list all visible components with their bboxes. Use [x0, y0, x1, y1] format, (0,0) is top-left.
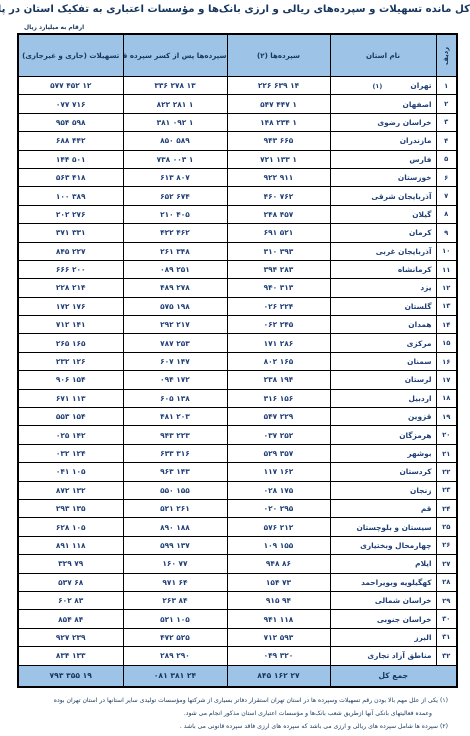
deposits-net-cell: ۱۳ ۲۷۸ ۳۳۶	[123, 77, 227, 95]
table-row: ۹ کرمان ۵۲۱ ۶۹۱ ۴۶۲ ۴۲۲ ۳۳۱ ۳۷۱	[18, 224, 457, 242]
facilities-cell: ۳۳۱ ۳۷۱	[18, 224, 123, 242]
deposits-net-cell: ۲۱۷ ۲۹۲	[123, 316, 227, 334]
deposits-cell: ۳۱۳ ۹۴۰	[227, 279, 330, 297]
deposits-net-cell: ۱۴۳ ۹۶۳	[123, 463, 227, 481]
facilities-cell: ۱۱۸ ۸۹۱	[18, 536, 123, 554]
report-page: کل مانده تسهیلات و سپرده‌های ریالی و ارز…	[0, 0, 470, 736]
province-name: کرمانشاه	[398, 265, 432, 274]
province-cell: فارس	[330, 150, 436, 168]
deposits-cell: ۱۵۵ ۱۰۹	[227, 536, 330, 554]
province-cell: خوزستان	[330, 168, 436, 186]
deposits-net-cell: ۱۵۵ ۵۵۰	[123, 481, 227, 499]
province-name: کهگیلویه وبویراحمد	[361, 578, 431, 587]
province-cell: کهگیلویه وبویراحمد	[330, 573, 436, 591]
table-row: ۲۴ قم ۲۹۵ ۰۲۰ ۲۶۱ ۵۲۱ ۱۳۵ ۲۹۳	[18, 499, 457, 517]
province-cell: هرمزگان	[330, 426, 436, 444]
province-name: خراسان جنوبی	[377, 615, 432, 624]
facilities-cell: ۱۰۵ ۶۲۸	[18, 518, 123, 536]
deposits-net-cell: ۲۵۳ ۷۸۷	[123, 334, 227, 352]
province-cell: البرز	[330, 628, 436, 646]
row-number-cell: ۲۸	[436, 573, 457, 591]
total-row: جمع کل ۲۷ ۱۶۲ ۸۴۵ ۲۴ ۳۸۱ ۰۸۱ ۱۹ ۳۵۵ ۷۹۳	[18, 665, 457, 687]
table-row: ۴ مازندران ۶۶۵ ۹۴۳ ۵۸۹ ۸۵۰ ۴۴۲ ۶۸۸	[18, 132, 457, 150]
province-name: فارس	[409, 155, 431, 164]
province-cell: زنجان	[330, 481, 436, 499]
province-name: کردستان	[399, 467, 431, 476]
province-name: لرستان	[405, 375, 432, 384]
province-name: یزد	[420, 283, 431, 292]
row-number-cell: ۲۷	[436, 555, 457, 573]
deposits-net-cell: ۴۶۲ ۴۲۲	[123, 224, 227, 242]
province-cell: خراسان جنوبی	[330, 610, 436, 628]
province-name: سمنان	[407, 357, 431, 366]
province-cell: ایلام	[330, 555, 436, 573]
table-row: ۱۴ همدان ۲۴۵ ۰۶۲ ۲۱۷ ۲۹۲ ۱۴۱ ۷۱۲	[18, 316, 457, 334]
table-row: ۱ تهران (۱) ۱۴ ۶۳۹ ۲۲۶ ۱۳ ۲۷۸ ۳۳۶ ۱۲ ۴۵۲…	[18, 77, 457, 95]
table-row: ۱۶ سمنان ۱۶۵ ۸۰۲ ۱۴۷ ۶۰۷ ۱۲۶ ۲۳۲	[18, 352, 457, 370]
deposits-cell: ۲۸۳ ۳۹۴	[227, 260, 330, 278]
deposits-cell: ۱ ۱۳۳ ۷۲۱	[227, 150, 330, 168]
province-name: قزوین	[408, 412, 431, 421]
facilities-cell: ۱۳۵ ۲۹۳	[18, 499, 123, 517]
province-name: خوزستان	[398, 173, 432, 182]
deposits-cell: ۸۶ ۹۴۸	[227, 555, 330, 573]
row-number-cell: ۳۱	[436, 628, 457, 646]
province-name: البرز	[414, 633, 431, 642]
table-row: ۱۸ اردبیل ۱۵۶ ۳۱۶ ۱۳۸ ۶۰۵ ۱۱۳ ۶۷۱	[18, 389, 457, 407]
province-cell: مرکزی	[330, 334, 436, 352]
row-number-cell: ۲۹	[436, 591, 457, 609]
table-body: ۱ تهران (۱) ۱۴ ۶۳۹ ۲۲۶ ۱۳ ۲۷۸ ۳۳۶ ۱۲ ۴۵۲…	[18, 77, 457, 666]
row-number-cell: ۳۰	[436, 610, 457, 628]
facilities-cell: ۴۴۲ ۶۸۸	[18, 132, 123, 150]
deposits-net-cell: ۵۲۵ ۴۷۲	[123, 628, 227, 646]
footnotes: (۱) یکی از علل مهم بالا بودن رقم تسهیلات…	[26, 694, 448, 733]
province-name: ایلام	[415, 559, 431, 568]
total-deposits-net-cell: ۲۴ ۳۸۱ ۰۸۱	[123, 665, 227, 687]
province-cell: خراسان شمالی	[330, 591, 436, 609]
table-row: ۲۲ کردستان ۱۶۲ ۱۱۷ ۱۴۳ ۹۶۳ ۱۰۵ ۰۴۱	[18, 463, 457, 481]
facilities-cell: ۱۳۲ ۸۷۲	[18, 481, 123, 499]
province-name: زنجان	[410, 486, 431, 495]
table-footer: جمع کل ۲۷ ۱۶۲ ۸۴۵ ۲۴ ۳۸۱ ۰۸۱ ۱۹ ۳۵۵ ۷۹۳	[18, 665, 457, 687]
deposits-cell: ۹۴ ۹۱۵	[227, 591, 330, 609]
deposits-cell: ۳۹۳ ۳۱۰	[227, 242, 330, 260]
deposits-cell: ۱۷۵ ۰۲۸	[227, 481, 330, 499]
footnote-1-line-2: وعمده فعالیتهای بانکی آنها ازطریق شعب با…	[26, 707, 448, 720]
facilities-cell: ۱۳۳ ۸۳۴	[18, 647, 123, 665]
col-header-deposits-net: سپرده‌ها پس از کسر سپرده قانونی	[123, 34, 227, 77]
province-cell: آذربایجان شرقی	[330, 187, 436, 205]
province-cell: کرمانشاه	[330, 260, 436, 278]
row-number-cell: ۲۴	[436, 499, 457, 517]
deposits-net-cell: ۲۶۱ ۵۲۱	[123, 499, 227, 517]
deposits-cell: ۵۹۳ ۷۱۲	[227, 628, 330, 646]
province-name: مناطق آزاد تجاری	[367, 651, 431, 660]
province-name: تهران	[410, 81, 431, 90]
table-row: ۲۵ سیستان و بلوچستان ۲۱۲ ۵۷۶ ۱۸۸ ۸۹۰ ۱۰۵…	[18, 518, 457, 536]
facilities-cell: ۸۴ ۸۵۴	[18, 610, 123, 628]
table-row: ۶ خوزستان ۹۱۱ ۹۲۲ ۸۰۷ ۶۱۳ ۴۱۸ ۵۶۳	[18, 168, 457, 186]
province-name: آذربایجان غربی	[376, 247, 432, 256]
total-deposits-cell: ۲۷ ۱۶۲ ۸۴۵	[227, 665, 330, 687]
province-cell: همدان	[330, 316, 436, 334]
deposits-net-cell: ۱۳۸ ۶۰۵	[123, 389, 227, 407]
facilities-cell: ۱۱۳ ۶۷۱	[18, 389, 123, 407]
row-number-cell: ۱۵	[436, 334, 457, 352]
row-number-cell: ۱	[436, 77, 457, 95]
row-number-cell: ۳۲	[436, 647, 457, 665]
facilities-cell: ۱۴۱ ۷۱۲	[18, 316, 123, 334]
province-cell: خراسان رضوی	[330, 113, 436, 131]
deposits-cell: ۶۶۵ ۹۴۳	[227, 132, 330, 150]
row-number-cell: ۷	[436, 187, 457, 205]
deposits-cell: ۲۲۴ ۰۲۶	[227, 297, 330, 315]
deposits-net-cell: ۱۸۸ ۸۹۰	[123, 518, 227, 536]
facilities-cell: ۱۵۴ ۵۵۳	[18, 408, 123, 426]
province-name: کرمان	[409, 228, 432, 237]
row-number-cell: ۲۲	[436, 463, 457, 481]
facilities-cell: ۴۱۸ ۵۶۳	[18, 168, 123, 186]
deposits-cell: ۳۵۷ ۵۲۹	[227, 444, 330, 462]
province-cell: قم	[330, 499, 436, 517]
row-number-cell: ۲۶	[436, 536, 457, 554]
deposits-net-cell: ۲۹۰ ۲۸۹	[123, 647, 227, 665]
province-cell: اصفهان	[330, 95, 436, 113]
facilities-cell: ۵۹۸ ۹۵۴	[18, 113, 123, 131]
deposits-net-cell: ۳۴۸ ۲۶۱	[123, 242, 227, 260]
province-name: گیلان	[412, 210, 431, 219]
deposits-cell: ۴۵۷ ۲۴۸	[227, 205, 330, 223]
province-cell: گلستان	[330, 297, 436, 315]
province-cell: سمنان	[330, 352, 436, 370]
deposits-net-cell: ۷۷ ۱۶۰	[123, 555, 227, 573]
col-header-row-number: ردیف	[436, 34, 457, 77]
table-header: ردیف نام استان سپرده‌ها (۲) سپرده‌ها پس …	[18, 34, 457, 77]
table-row: ۲۷ ایلام ۸۶ ۹۴۸ ۷۷ ۱۶۰ ۷۹ ۳۲۹	[18, 555, 457, 573]
province-name: آذربایجان شرقی	[371, 192, 431, 201]
province-name: همدان	[408, 320, 431, 329]
deposits-net-cell: ۶۷۴ ۶۵۲	[123, 187, 227, 205]
table-row: ۲۰ هرمزگان ۲۵۲ ۰۳۷ ۲۲۳ ۹۴۳ ۱۴۲ ۰۲۵	[18, 426, 457, 444]
deposits-net-cell: ۱۰۵ ۵۲۱	[123, 610, 227, 628]
deposits-net-cell: ۱ ۰۰۳ ۷۳۸	[123, 150, 227, 168]
deposits-net-cell: ۱۹۸ ۵۷۵	[123, 297, 227, 315]
table-row: ۲۳ زنجان ۱۷۵ ۰۲۸ ۱۵۵ ۵۵۰ ۱۳۲ ۸۷۲	[18, 481, 457, 499]
table-row: ۱۵ مرکزی ۲۸۶ ۱۷۱ ۲۵۳ ۷۸۷ ۱۶۵ ۲۶۵	[18, 334, 457, 352]
deposits-cell: ۷۶۲ ۴۶۰	[227, 187, 330, 205]
province-name: هرمزگان	[399, 431, 431, 440]
province-cell: آذربایجان غربی	[330, 242, 436, 260]
table-row: ۲ اصفهان ۱ ۴۴۷ ۵۴۷ ۱ ۲۸۱ ۸۲۲ ۷۱۶ ۰۷۷	[18, 95, 457, 113]
table-row: ۲۱ بوشهر ۳۵۷ ۵۲۹ ۳۱۶ ۶۳۳ ۱۲۴ ۰۳۲	[18, 444, 457, 462]
deposits-cell: ۱۵۶ ۳۱۶	[227, 389, 330, 407]
province-name: خراسان شمالی	[375, 596, 432, 605]
table-row: ۳۲ مناطق آزاد تجاری ۳۲۰ ۰۴۹ ۲۹۰ ۲۸۹ ۱۳۳ …	[18, 647, 457, 665]
table-row: ۳۱ البرز ۵۹۳ ۷۱۲ ۵۲۵ ۴۷۲ ۲۳۹ ۹۲۷	[18, 628, 457, 646]
row-number-cell: ۱۶	[436, 352, 457, 370]
row-number-cell: ۱۸	[436, 389, 457, 407]
province-name: قم	[421, 504, 432, 513]
province-cell: گیلان	[330, 205, 436, 223]
table-row: ۳۰ خراسان جنوبی ۱۱۸ ۹۴۱ ۱۰۵ ۵۲۱ ۸۴ ۸۵۴	[18, 610, 457, 628]
province-name: خراسان رضوی	[377, 118, 431, 127]
province-name: اصفهان	[403, 100, 432, 109]
table-row: ۱۷ لرستان ۱۹۴ ۲۳۸ ۱۷۲ ۰۹۴ ۱۵۴ ۹۰۶	[18, 371, 457, 389]
province-cell: سیستان و بلوچستان	[330, 518, 436, 536]
facilities-cell: ۱۲ ۴۵۲ ۵۷۷	[18, 77, 123, 95]
deposits-net-cell: ۸۴ ۲۶۳	[123, 591, 227, 609]
unit-note: ارقام به میلیارد ریال	[24, 25, 84, 31]
province-cell: کرمان	[330, 224, 436, 242]
row-number-cell: ۴	[436, 132, 457, 150]
deposits-cell: ۲۹۵ ۰۲۰	[227, 499, 330, 517]
province-name: مرکزی	[407, 339, 432, 348]
table-row: ۱۱ کرمانشاه ۲۸۳ ۳۹۴ ۲۵۱ ۰۸۹ ۲۰۰ ۶۶۶	[18, 260, 457, 278]
province-name: سیستان و بلوچستان	[356, 523, 431, 532]
deposits-net-cell: ۱۳۷ ۵۹۹	[123, 536, 227, 554]
deposits-cell: ۵۲۱ ۶۹۱	[227, 224, 330, 242]
deposits-cell: ۱۹۴ ۲۳۸	[227, 371, 330, 389]
province-cell: کردستان	[330, 463, 436, 481]
footnote-1-line-1: (۱) یکی از علل مهم بالا بودن رقم تسهیلات…	[26, 694, 448, 707]
facilities-cell: ۷۱۶ ۰۷۷	[18, 95, 123, 113]
deposits-net-cell: ۸۰۷ ۶۱۳	[123, 168, 227, 186]
province-name: اردبیل	[409, 394, 432, 403]
table-row: ۷ آذربایجان شرقی ۷۶۲ ۴۶۰ ۶۷۴ ۶۵۲ ۳۸۹ ۱۰۰	[18, 187, 457, 205]
deposits-net-cell: ۶۴ ۹۷۱	[123, 573, 227, 591]
province-cell: یزد	[330, 279, 436, 297]
deposits-net-cell: ۳۱۶ ۶۳۳	[123, 444, 227, 462]
deposits-net-cell: ۴۰۵ ۲۱۰	[123, 205, 227, 223]
province-name: مازندران	[400, 136, 432, 145]
facilities-cell: ۱۶۵ ۲۶۵	[18, 334, 123, 352]
col-header-deposits: سپرده‌ها (۲)	[227, 34, 330, 77]
province-cell: مناطق آزاد تجاری	[330, 647, 436, 665]
col-header-province: نام استان	[330, 34, 436, 77]
deposits-net-cell: ۱ ۰۹۲ ۳۸۱	[123, 113, 227, 131]
table-row: ۱۰ آذربایجان غربی ۳۹۳ ۳۱۰ ۳۴۸ ۲۶۱ ۲۲۷ ۸۴…	[18, 242, 457, 260]
table-row: ۱۹ قزوین ۲۲۹ ۵۴۷ ۲۰۳ ۴۸۱ ۱۵۴ ۵۵۳	[18, 408, 457, 426]
facilities-cell: ۱۴۲ ۰۲۵	[18, 426, 123, 444]
row-number-cell: ۲	[436, 95, 457, 113]
row-number-cell: ۶	[436, 168, 457, 186]
row-number-cell: ۱۰	[436, 242, 457, 260]
row-number-cell: ۸	[436, 205, 457, 223]
row-number-cell: ۱۴	[436, 316, 457, 334]
deposits-cell: ۱۱۸ ۹۴۱	[227, 610, 330, 628]
footnote-marker: (۱)	[373, 82, 383, 90]
deposits-net-cell: ۲۵۱ ۰۸۹	[123, 260, 227, 278]
header-row: ردیف نام استان سپرده‌ها (۲) سپرده‌ها پس …	[18, 34, 457, 77]
deposits-cell: ۷۳ ۱۵۴	[227, 573, 330, 591]
total-label-cell: جمع کل	[330, 665, 457, 687]
facilities-cell: ۲۲۷ ۸۴۵	[18, 242, 123, 260]
row-number-cell: ۹	[436, 224, 457, 242]
row-number-cell: ۲۰	[436, 426, 457, 444]
province-cell: لرستان	[330, 371, 436, 389]
province-cell: قزوین	[330, 408, 436, 426]
province-cell: بوشهر	[330, 444, 436, 462]
table-row: ۸ گیلان ۴۵۷ ۲۴۸ ۴۰۵ ۲۱۰ ۲۷۶ ۲۰۲	[18, 205, 457, 223]
row-number-cell: ۱۱	[436, 260, 457, 278]
row-number-cell: ۲۳	[436, 481, 457, 499]
deposits-cell: ۹۱۱ ۹۲۲	[227, 168, 330, 186]
page-title: کل مانده تسهیلات و سپرده‌های ریالی و ارز…	[0, 4, 470, 15]
province-cell: تهران (۱)	[330, 77, 436, 95]
deposits-cell: ۱۴ ۶۳۹ ۲۲۶	[227, 77, 330, 95]
deposits-cell: ۲۱۲ ۵۷۶	[227, 518, 330, 536]
facilities-cell: ۸۳ ۶۰۲	[18, 591, 123, 609]
row-number-cell: ۵	[436, 150, 457, 168]
table-row: ۱۳ گلستان ۲۲۴ ۰۲۶ ۱۹۸ ۵۷۵ ۱۷۶ ۱۷۲	[18, 297, 457, 315]
deposits-net-cell: ۱ ۲۸۱ ۸۲۲	[123, 95, 227, 113]
deposits-cell: ۱۶۵ ۸۰۲	[227, 352, 330, 370]
table-row: ۱۲ یزد ۳۱۳ ۹۴۰ ۲۷۸ ۴۸۹ ۲۱۴ ۲۲۸	[18, 279, 457, 297]
province-name: گلستان	[405, 302, 432, 311]
facilities-cell: ۲۳۹ ۹۲۷	[18, 628, 123, 646]
deposits-net-cell: ۱۷۲ ۰۹۴	[123, 371, 227, 389]
row-number-cell: ۱۷	[436, 371, 457, 389]
facilities-cell: ۱۰۵ ۰۴۱	[18, 463, 123, 481]
facilities-cell: ۲۱۴ ۲۲۸	[18, 279, 123, 297]
deposits-cell: ۲۵۲ ۰۳۷	[227, 426, 330, 444]
deposits-cell: ۱ ۴۴۷ ۵۴۷	[227, 95, 330, 113]
facilities-cell: ۱۷۶ ۱۷۲	[18, 297, 123, 315]
facilities-cell: ۳۸۹ ۱۰۰	[18, 187, 123, 205]
col-header-facilities: تسهیلات (جاری و غیرجاری)	[18, 34, 123, 77]
row-number-cell: ۲۵	[436, 518, 457, 536]
footnote-2: (۲) سپرده ها شامل سپرده های ریالی و ارزی…	[26, 720, 448, 733]
deposits-cell: ۲۸۶ ۱۷۱	[227, 334, 330, 352]
province-cell: اردبیل	[330, 389, 436, 407]
table-row: ۲۸ کهگیلویه وبویراحمد ۷۳ ۱۵۴ ۶۴ ۹۷۱ ۶۸ ۵…	[18, 573, 457, 591]
facilities-cell: ۱۵۴ ۹۰۶	[18, 371, 123, 389]
row-number-cell: ۱۳	[436, 297, 457, 315]
facilities-cell: ۱۲۴ ۰۳۲	[18, 444, 123, 462]
province-cell: چهارمحال وبختیاری	[330, 536, 436, 554]
facilities-cell: ۱۲۶ ۲۳۲	[18, 352, 123, 370]
deposits-cell: ۱ ۲۳۴ ۱۴۸	[227, 113, 330, 131]
deposits-net-cell: ۲۲۳ ۹۴۳	[123, 426, 227, 444]
deposits-cell: ۲۲۹ ۵۴۷	[227, 408, 330, 426]
facilities-cell: ۷۹ ۳۲۹	[18, 555, 123, 573]
province-deposits-table: ردیف نام استان سپرده‌ها (۲) سپرده‌ها پس …	[17, 33, 458, 688]
facilities-cell: ۲۰۰ ۶۶۶	[18, 260, 123, 278]
total-facilities-cell: ۱۹ ۳۵۵ ۷۹۳	[18, 665, 123, 687]
province-name: چهارمحال وبختیاری	[360, 541, 431, 550]
row-number-cell: ۲۱	[436, 444, 457, 462]
deposits-net-cell: ۲۷۸ ۴۸۹	[123, 279, 227, 297]
province-name: بوشهر	[407, 449, 431, 458]
deposits-cell: ۱۶۲ ۱۱۷	[227, 463, 330, 481]
row-number-cell: ۳	[436, 113, 457, 131]
facilities-cell: ۵۰۱ ۱۴۴	[18, 150, 123, 168]
facilities-cell: ۶۸ ۵۳۷	[18, 573, 123, 591]
deposits-net-cell: ۱۴۷ ۶۰۷	[123, 352, 227, 370]
province-cell: مازندران	[330, 132, 436, 150]
row-number-cell: ۱۹	[436, 408, 457, 426]
table-row: ۵ فارس ۱ ۱۳۳ ۷۲۱ ۱ ۰۰۳ ۷۳۸ ۵۰۱ ۱۴۴	[18, 150, 457, 168]
table-row: ۲۶ چهارمحال وبختیاری ۱۵۵ ۱۰۹ ۱۳۷ ۵۹۹ ۱۱۸…	[18, 536, 457, 554]
table-row: ۲۹ خراسان شمالی ۹۴ ۹۱۵ ۸۴ ۲۶۳ ۸۳ ۶۰۲	[18, 591, 457, 609]
row-number-cell: ۱۲	[436, 279, 457, 297]
deposits-net-cell: ۵۸۹ ۸۵۰	[123, 132, 227, 150]
deposits-cell: ۲۴۵ ۰۶۲	[227, 316, 330, 334]
facilities-cell: ۲۷۶ ۲۰۲	[18, 205, 123, 223]
table-row: ۳ خراسان رضوی ۱ ۲۳۴ ۱۴۸ ۱ ۰۹۲ ۳۸۱ ۵۹۸ ۹۵…	[18, 113, 457, 131]
deposits-cell: ۳۲۰ ۰۴۹	[227, 647, 330, 665]
deposits-net-cell: ۲۰۳ ۴۸۱	[123, 408, 227, 426]
